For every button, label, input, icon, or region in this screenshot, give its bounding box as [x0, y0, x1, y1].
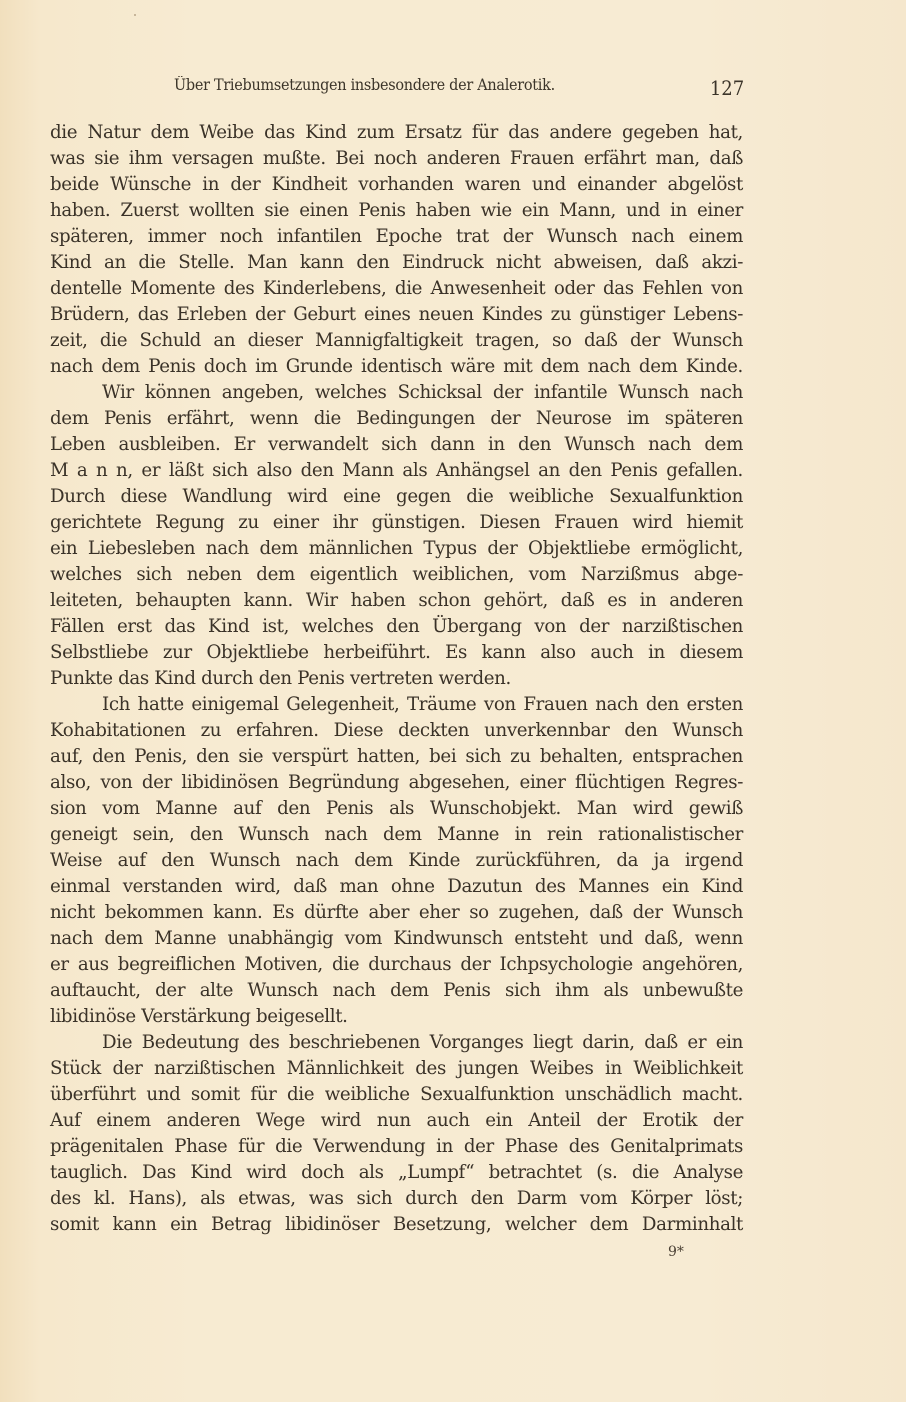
text-line: auf, den Penis, den sie verspürt hatten,… [50, 744, 743, 770]
text-line: er aus begreiflichen Motiven, die durcha… [50, 952, 743, 978]
text-line: somit kann ein Betrag libidinöser Besetz… [50, 1212, 743, 1238]
running-title: Über Triebumsetzungen insbesondere der A… [174, 76, 555, 94]
text-line: Kohabitationen zu erfahren. Diese deckte… [50, 718, 743, 744]
text-line: Selbstliebe zur Objektliebe herbeiführt.… [50, 640, 743, 666]
text-line: haben. Zuerst wollten sie einen Penis ha… [50, 198, 743, 224]
body-text: die Natur dem Weibe das Kind zum Ersatz … [50, 120, 743, 1238]
text-line: ein Liebesleben nach dem männlichen Typu… [50, 536, 743, 562]
text-line: Auf einem anderen Wege wird nun auch ein… [50, 1108, 743, 1134]
text-line: Stück der narzißtischen Männlichkeit des… [50, 1056, 743, 1082]
text-line: nach dem Manne unabhängig vom Kindwunsch… [50, 926, 743, 952]
page-number: 127 [710, 76, 744, 100]
text-line: welches sich neben dem eigentlich weibli… [50, 562, 743, 588]
text-line: Wir können angeben, welches Schicksal de… [50, 380, 743, 406]
text-line: Punkte das Kind durch den Penis vertrete… [50, 666, 743, 692]
text-line: einmal verstanden wird, daß man ohne Daz… [50, 874, 743, 900]
text-line: nach dem Penis doch im Grunde identisch … [50, 354, 743, 380]
running-head: Über Triebumsetzungen insbesondere der A… [174, 74, 744, 98]
text-line: leiteten, behaupten kann. Wir haben scho… [50, 588, 743, 614]
text-line: sion vom Manne auf den Penis als Wunscho… [50, 796, 743, 822]
text-line: späteren, immer noch infantilen Epoche t… [50, 224, 743, 250]
text-line: nicht bekommen kann. Es dürfte aber eher… [50, 900, 743, 926]
text-line: Ich hatte einigemal Gelegenheit, Träume … [50, 692, 743, 718]
text-line: M a n n, er läßt sich also den Mann als … [50, 458, 743, 484]
text-line: tauglich. Das Kind wird doch als „Lumpf“… [50, 1160, 743, 1186]
text-line: auftaucht, der alte Wunsch nach dem Peni… [50, 978, 743, 1004]
text-line: beide Wünsche in der Kindheit vorhanden … [50, 172, 743, 198]
text-line: was sie ihm versagen mußte. Bei noch and… [50, 146, 743, 172]
text-line: libidinöse Verstärkung beigesellt. [50, 1004, 743, 1030]
text-line: Brüdern, das Erleben der Geburt eines ne… [50, 302, 743, 328]
text-line: Durch diese Wandlung wird eine gegen die… [50, 484, 743, 510]
text-line: dem Penis erfährt, wenn die Bedingungen … [50, 406, 743, 432]
paper-speck [134, 14, 136, 16]
book-page: Über Triebumsetzungen insbesondere der A… [0, 0, 906, 1402]
text-line: Kind an die Stelle. Man kann den Eindruc… [50, 250, 743, 276]
text-line: überführt und somit für die weibliche Se… [50, 1082, 743, 1108]
text-line: dentelle Momente des Kinderlebens, die A… [50, 276, 743, 302]
text-line: Weise auf den Wunsch nach dem Kinde zurü… [50, 848, 743, 874]
text-line: prägenitalen Phase für die Verwendung in… [50, 1134, 743, 1160]
text-line: des kl. Hans), als etwas, was sich durch… [50, 1186, 743, 1212]
text-line: Leben ausbleiben. Er verwandelt sich dan… [50, 432, 743, 458]
signature-mark: 9* [668, 1244, 684, 1260]
text-line: zeit, die Schuld an dieser Mannigfaltigk… [50, 328, 743, 354]
text-line: die Natur dem Weibe das Kind zum Ersatz … [50, 120, 743, 146]
text-line: Fällen erst das Kind ist, welches den Üb… [50, 614, 743, 640]
text-line: gerichtete Regung zu einer ihr günstigen… [50, 510, 743, 536]
text-line: geneigt sein, den Wunsch nach dem Manne … [50, 822, 743, 848]
text-line: Die Bedeutung des beschriebenen Vorgange… [50, 1030, 743, 1056]
text-line: also, von der libidinösen Begründung abg… [50, 770, 743, 796]
